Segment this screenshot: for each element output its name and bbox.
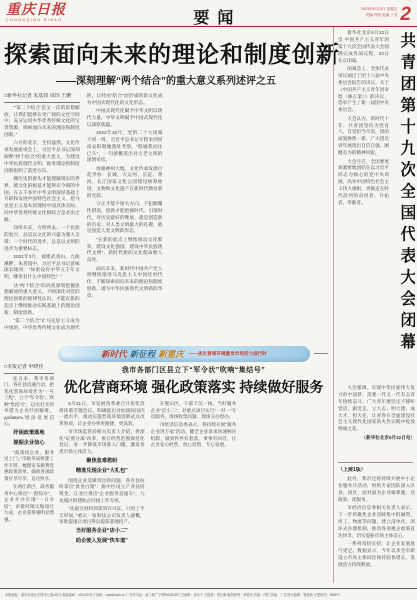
banner-word-3: 新重庆 [158, 348, 184, 360]
masthead-logo: 重庆日报 [6, 3, 66, 17]
second-paragraphs: 6月21日，市发展改革委召开优化营商环境专题会议，明确提出对标国际国内一流水平，… [59, 401, 236, 551]
date-line: 2023年6月23日 星期五 [361, 7, 398, 13]
banner-word-2: 新征程 [130, 348, 156, 360]
sidebar-paragraphs-top: 新华社北京6月22日电 中国共产主义青年团第十九次全国代表大会圆满完成各项议程，… [338, 30, 389, 207]
sidebar-zone: 新华社北京6月22日电 中国共产主义青年团第十九次全国代表大会圆满完成各项议程，… [333, 27, 417, 583]
section-title: 要闻 [185, 5, 241, 28]
page-footer: 本报地址：重庆市渝北区同茂大道416号 邮政编码：401120 电子信箱：cqr… [0, 588, 417, 600]
header-right: 2023年6月23日 星期五 责编 许阳 美编 丁龙 2 [361, 3, 411, 24]
masthead-subtitle: CHONGQING RIBAO [6, 18, 66, 22]
sidebar-article-text: 新华社北京6月22日电 中国共产主义青年团第十九次全国代表大会圆满完成各项议程，… [338, 30, 389, 382]
sidebar-article-bottom: 大会强调，实现中华民族伟大复兴的中国梦，需要一代又一代有志青年接续奋斗。广大青年… [338, 385, 415, 457]
main-zone: 探索面向未来的理论和制度创新 ——深刻理解“两个结合”的重大意义系列述评之五 □… [0, 27, 333, 583]
main-byline: □新华社记者 朱基钗 周玮 王鹏 [4, 93, 80, 103]
sidebar-vertical-headline: 共青团第十九次全国代表大会闭幕 [391, 30, 415, 382]
banner-word-1: 新时代 [101, 348, 127, 360]
sidebar-endnote: （新华社北京6月22日电） [338, 435, 415, 442]
second-kicker: 我市各部门区县立下“军令状”吹响“集结号” [59, 365, 328, 375]
main-headline: 探索面向未来的理论和制度创新 [4, 36, 328, 69]
banner-tagline: ——优化营商环境激发市场活力进行时 [189, 351, 267, 357]
page-header: 重庆日报 CHONGQING RIBAO 要闻 2023年6月23日 星期五 责… [0, 0, 417, 27]
second-article: □本报记者 申晓佳 连日来，我市各部门、各区县迅速行动，把优化营商环境作为“一号… [4, 364, 328, 556]
editor-line: 责编 许阳 美编 丁龙 [361, 13, 398, 19]
continued-paragraphs: 此外，我市还将持续开展中小企业服务月活动，组织专家团队深入区县、园区，面对面为企… [338, 476, 415, 569]
sidebar-article-top: 新华社北京6月22日电 中国共产主义青年团第十九次全国代表大会圆满完成各项议程，… [338, 30, 415, 382]
content-area: 探索面向未来的理论和制度创新 ——深刻理解“两个结合”的重大意义系列述评之五 □… [0, 27, 417, 583]
masthead: 重庆日报 CHONGQING RIBAO [6, 3, 66, 22]
second-headline: 优化营商环境 强化政策落实 持续做好服务 [59, 377, 328, 397]
second-article-body: 6月21日，市发展改革委召开优化营商环境专题会议，明确提出对标国际国内一流水平，… [59, 401, 328, 551]
main-deck: ——深刻理解“两个结合”的重大意义系列述评之五 [4, 72, 328, 87]
second-byline: □本报记者 申晓佳 [4, 364, 54, 374]
continued-marker: （上接1版） [338, 467, 415, 475]
banner-row: 新时代 新征程 新重庆 ——优化营商环境激发市场活力进行时 [4, 345, 328, 362]
page-number: 2 [400, 5, 411, 24]
second-left-paragraphs: 连日来，我市各部门、各区县迅速行动，把优化营商环境作为“一号工程”，立下“军令状… [4, 376, 54, 523]
continued-article: （上接1版） 此外，我市还将持续开展中小企业服务月活动，组织专家团队深入区县、园… [338, 467, 415, 585]
sidebar-divider [338, 462, 413, 463]
sidebar-paragraphs-bottom: 大会强调，实现中华民族伟大复兴的中国梦，需要一代又一代有志青年接续奋斗。广大青年… [338, 385, 415, 433]
main-article-paragraphs: “‘第二个结合’是又一次的思想解放，让我们能够在更广阔的文化空间中，充分运用中华… [4, 93, 163, 341]
footer-text: 本报地址：重庆市渝北区同茂大道416号 邮政编码：401120 电子信箱：cqr… [5, 592, 340, 597]
banner-rule [314, 353, 328, 354]
second-article-left-column: □本报记者 申晓佳 连日来，我市各部门、各区县迅速行动，把优化营商环境作为“一号… [4, 364, 54, 556]
second-article-main: 我市各部门区县立下“军令状”吹响“集结号” 优化营商环境 强化政策落实 持续做好… [59, 364, 328, 556]
newspaper-page: 重庆日报 CHONGQING RIBAO 要闻 2023年6月23日 星期五 责… [0, 0, 417, 600]
main-article-body: □新华社记者 朱基钗 周玮 王鹏 “‘第二个结合’是又一次的思想解放，让我们能够… [4, 93, 328, 341]
campaign-banner: 新时代 新征程 新重庆 ——优化营商环境激发市场活力进行时 [58, 346, 310, 362]
date-editor-info: 2023年6月23日 星期五 责编 许阳 美编 丁龙 [361, 7, 398, 19]
